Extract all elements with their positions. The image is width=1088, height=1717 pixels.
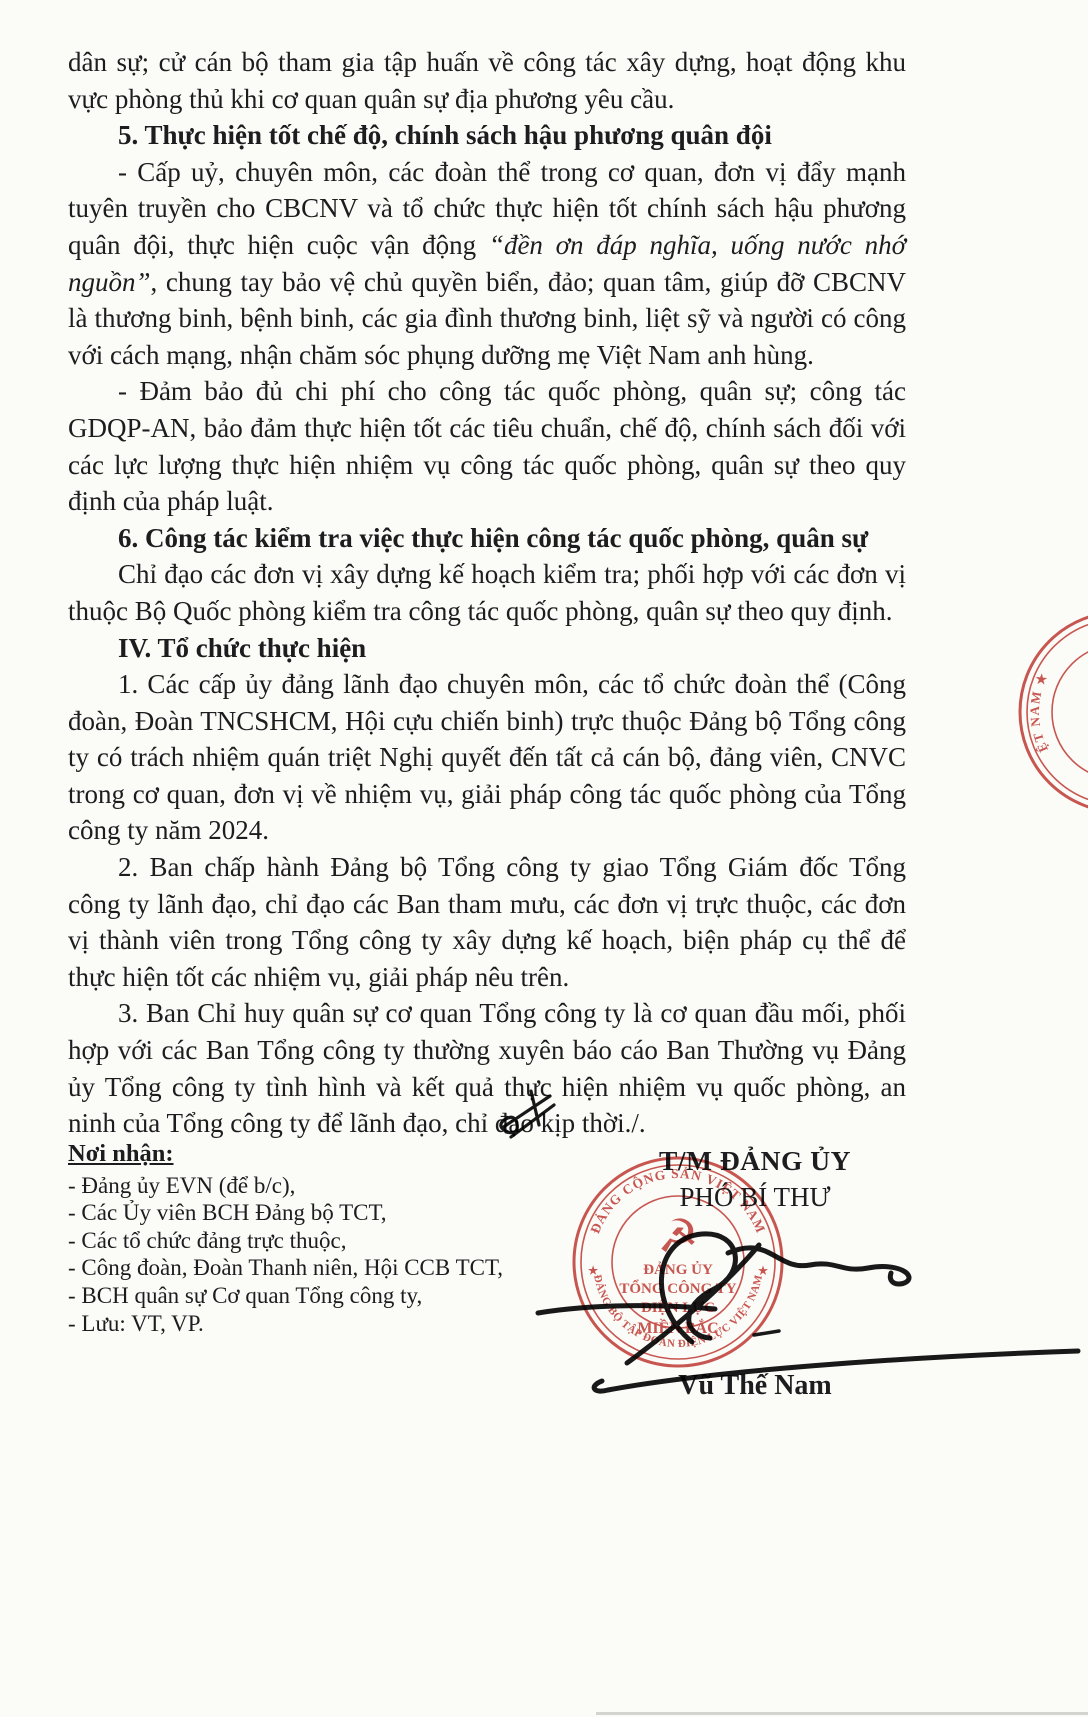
paragraph-5-1: - Cấp uỷ, chuyên môn, các đoàn thể trong…: [68, 154, 906, 374]
signature-strokes: [538, 1234, 1078, 1391]
svg-text:ỆT NAM ★: ỆT NAM ★: [1027, 670, 1051, 755]
handwritten-signature: [380, 1080, 1088, 1410]
paragraph-intro-continuation: dân sự; cử cán bộ tham gia tập huấn về c…: [68, 44, 906, 117]
edge-stamp-fragment: ỆT NAM ★: [1008, 602, 1088, 822]
section-heading-5: 5. Thực hiện tốt chế độ, chính sách hậu …: [68, 117, 906, 154]
document-page: dân sự; cử cán bộ tham gia tập huấn về c…: [0, 0, 1088, 1717]
paragraph-iv-2: 2. Ban chấp hành Đảng bộ Tổng công ty gi…: [68, 849, 906, 995]
edge-stamp-text: ỆT NAM ★: [1027, 670, 1051, 755]
section-heading-6: 6. Công tác kiểm tra việc thực hiện công…: [68, 520, 906, 557]
paragraph-5-1-tail: , chung tay bảo vệ chủ quyền biển, đảo; …: [68, 267, 906, 370]
paragraph-iv-1: 1. Các cấp ủy đảng lãnh đạo chuyên môn, …: [68, 666, 906, 849]
section-heading-iv: IV. Tổ chức thực hiện: [68, 630, 906, 667]
paragraph-6-1: Chỉ đạo các đơn vị xây dựng kế hoạch kiể…: [68, 556, 906, 629]
scan-edge-artifact: [596, 1712, 1088, 1715]
document-body: dân sự; cử cán bộ tham gia tập huấn về c…: [68, 44, 906, 1142]
paragraph-5-2: - Đảm bảo đủ chi phí cho công tác quốc p…: [68, 373, 906, 519]
edge-stamp-inner-ring: [1052, 644, 1088, 780]
initial-mark: [501, 1091, 554, 1137]
